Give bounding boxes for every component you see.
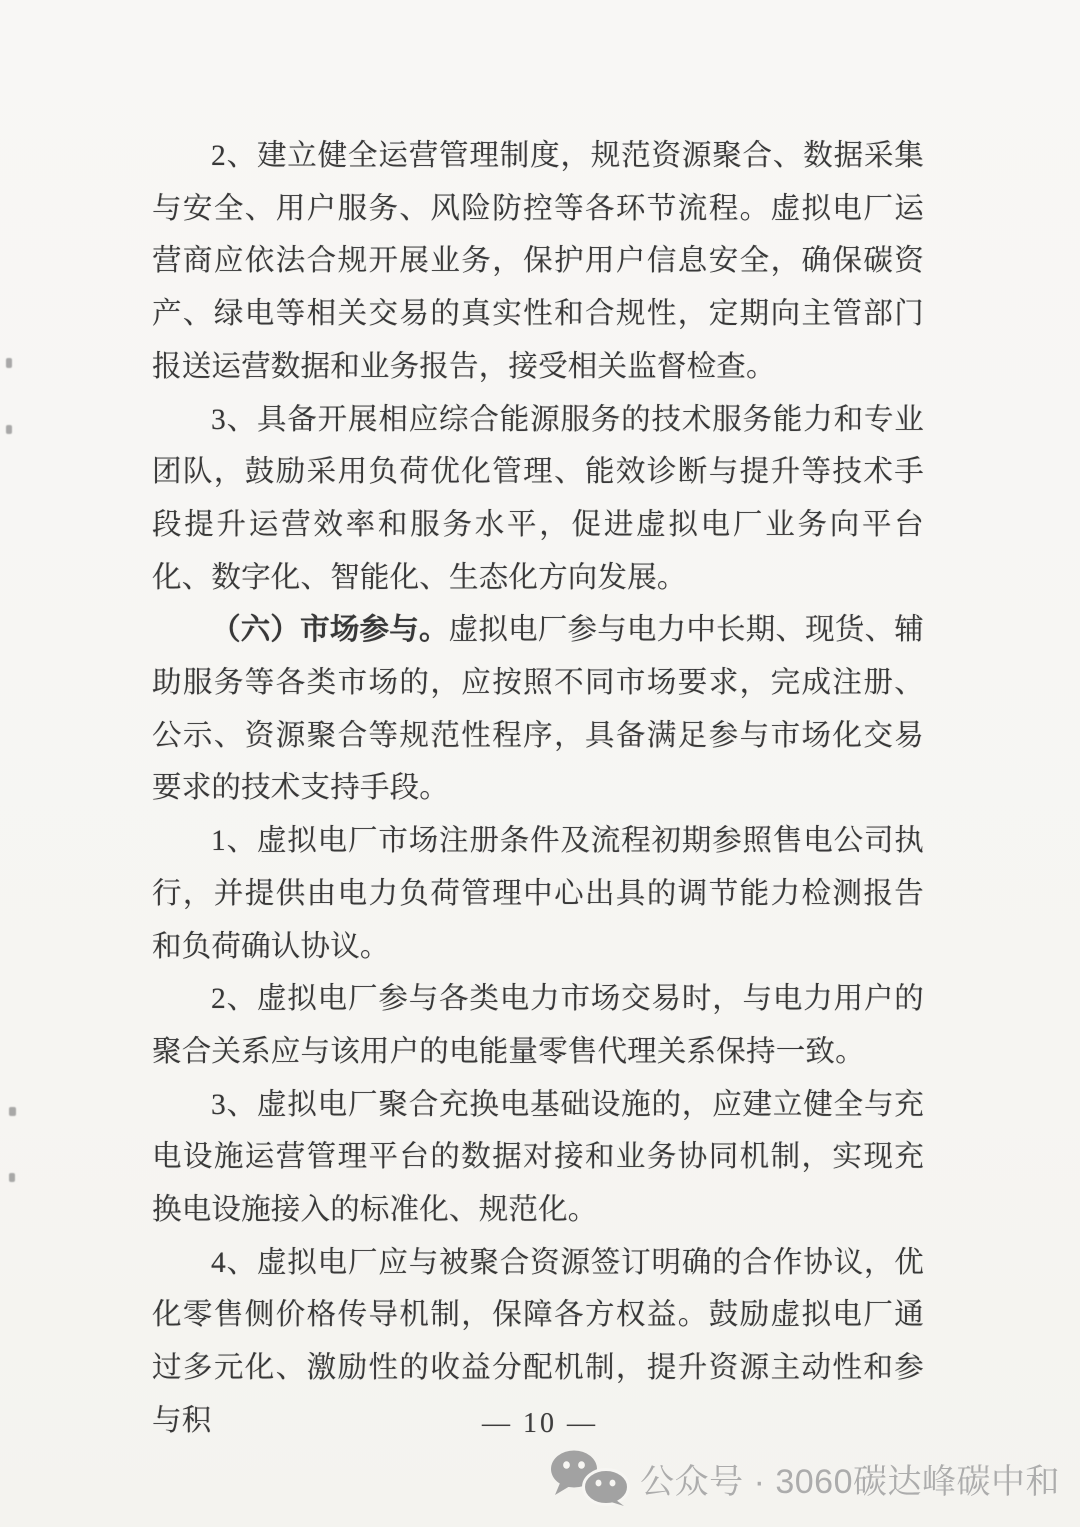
paragraph-charging-infrastructure: 3、虚拟电厂聚合充换电基础设施的，应建立健全与充电设施运营管理平台的数据对接和业… bbox=[152, 1079, 924, 1237]
watermark-label: 公众号 · 3060碳达峰碳中和 bbox=[640, 1454, 1060, 1503]
scan-speck bbox=[6, 358, 12, 368]
document-page: 2、建立健全运营管理制度，规范资源聚合、数据采集与安全、用户服务、风险防控等各环… bbox=[0, 0, 1080, 1527]
document-body: 2、建立健全运营管理制度，规范资源聚合、数据采集与安全、用户服务、风险防控等各环… bbox=[152, 130, 924, 1448]
paragraph-tech-capability: 3、具备开展相应综合能源服务的技术服务能力和专业团队，鼓励采用负荷优化管理、能效… bbox=[152, 394, 924, 605]
scan-speck bbox=[9, 1173, 15, 1182]
paragraph-market-participation: （六）市场参与。虚拟电厂参与电力中长期、现货、辅助服务等各类市场的，应按照不同市… bbox=[152, 604, 924, 815]
page-number: — 10 — bbox=[0, 1408, 1080, 1440]
paragraph-retail-agency-consistency: 2、虚拟电厂参与各类电力市场交易时，与电力用户的聚合关系应与该用户的电能量零售代… bbox=[152, 973, 924, 1078]
paragraph-operation-management: 2、建立健全运营管理制度，规范资源聚合、数据采集与安全、用户服务、风险防控等各环… bbox=[152, 130, 924, 394]
paragraph-market-registration: 1、虚拟电厂市场注册条件及流程初期参照售电公司执行，并提供由电力负荷管理中心出具… bbox=[152, 815, 924, 973]
section-heading-market-participation: （六）市场参与。 bbox=[211, 614, 449, 646]
scan-speck bbox=[9, 1107, 16, 1116]
wechat-icon bbox=[550, 1450, 630, 1506]
scan-speck bbox=[6, 425, 12, 434]
wechat-watermark: 公众号 · 3060碳达峰碳中和 bbox=[550, 1450, 1060, 1506]
